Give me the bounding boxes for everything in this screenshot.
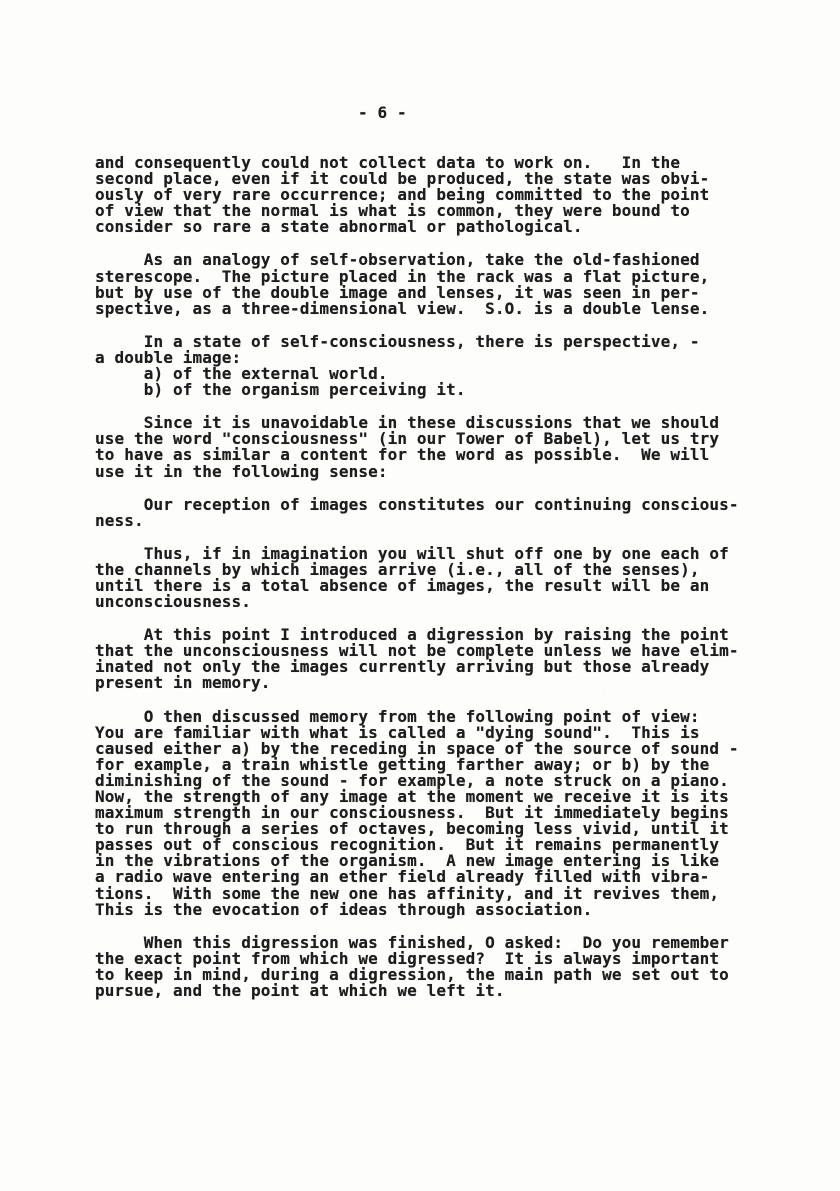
paragraph: At this point I introduced a digression … [95, 627, 775, 691]
text-line: b) of the organism perceiving it. [95, 382, 775, 398]
paragraph: and consequently could not collect data … [95, 155, 775, 235]
text-line: Our reception of images constitutes our … [95, 497, 775, 513]
paragraph: As an analogy of self-observation, take … [95, 252, 775, 316]
text-line: pursue, and the point at which we left i… [95, 983, 775, 999]
text-line: consider so rare a state abnormal or pat… [95, 219, 775, 235]
page-number: - 6 - [358, 105, 407, 121]
text-line: present in memory. [95, 675, 775, 691]
text-line: ness. [95, 513, 775, 529]
paragraph: In a state of self-consciousness, there … [95, 334, 775, 398]
paragraph: Thus, if in imagination you will shut of… [95, 546, 775, 610]
text-line: use it in the following sense: [95, 464, 775, 480]
paragraph: When this digression was finished, O ask… [95, 935, 775, 999]
text-line: unconsciousness. [95, 594, 775, 610]
text-line: spective, as a three-dimensional view. S… [95, 301, 775, 317]
text-line: This is the evocation of ideas through a… [95, 902, 775, 918]
paragraph: O then discussed memory from the followi… [95, 709, 775, 918]
paragraph: Since it is unavoidable in these discuss… [95, 415, 775, 479]
scanned-page: - 6 - and consequently could not collect… [0, 0, 840, 1191]
document-body: and consequently could not collect data … [95, 155, 775, 1016]
paragraph: Our reception of images constitutes our … [95, 497, 775, 529]
